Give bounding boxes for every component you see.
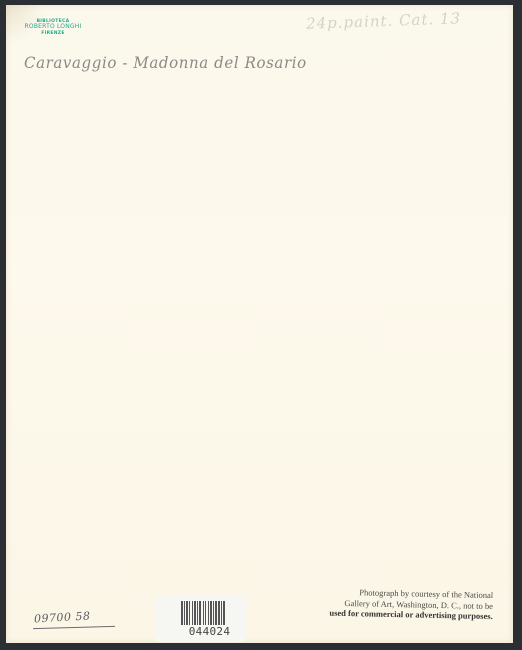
barcode-label: 044024: [155, 596, 245, 642]
accession-number: 09700 58: [34, 610, 91, 626]
barcode-icon: [181, 601, 236, 625]
barcode-number: 044024: [181, 625, 238, 638]
accession-underline: [33, 626, 115, 629]
stamp-line-3: FIRENZE: [23, 31, 83, 36]
handwritten-title: Caravaggio - Madonna del Rosario: [24, 54, 307, 73]
faint-handwritten-note: 24p.paint. Cat. 13: [306, 9, 462, 32]
photo-back-sheet: BIBLIOTECA ROBERTO LONGHI FIRENZE 24p.pa…: [6, 5, 513, 643]
credit-stamp: Photograph by courtesy of the National G…: [293, 586, 494, 622]
library-stamp: BIBLIOTECA ROBERTO LONGHI FIRENZE: [23, 19, 83, 36]
